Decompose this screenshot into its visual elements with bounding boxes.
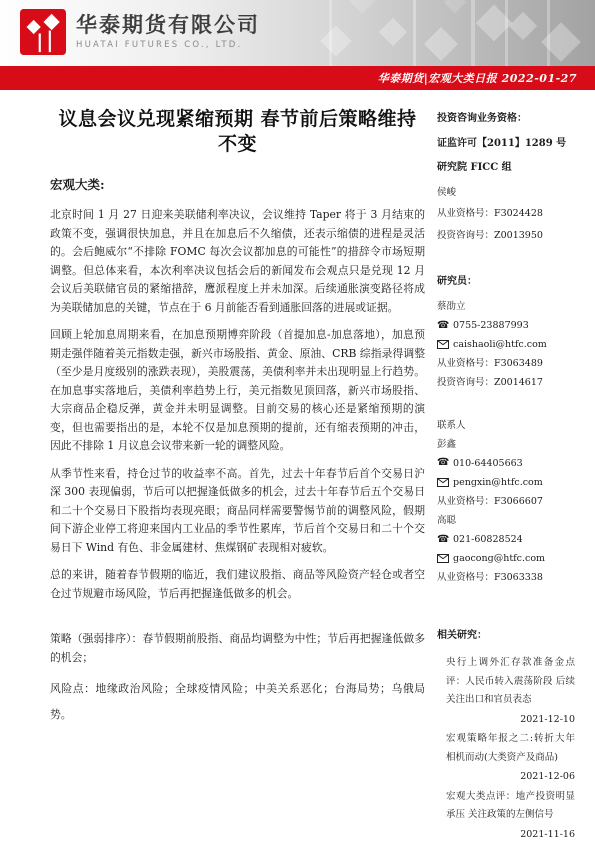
- researcher-name: 蔡劭立: [437, 301, 575, 313]
- body-paragraph-3: 从季节性来看，持仓过节的收益率不高。首先，过去十年春节后首个交易日沪深 300 …: [50, 465, 425, 558]
- contact-phone-row: ☎ 010-64405663: [437, 457, 575, 470]
- report-page: 华泰期货有限公司 HUATAI FUTURES CO., LTD. 华泰期货|宏…: [0, 0, 595, 842]
- researcher-email-row: caishaoli@htfc.com: [437, 339, 575, 351]
- researcher-phone: 0755-23887993: [453, 320, 529, 332]
- researcher-cert: 从业资格号：F3063489: [437, 358, 575, 370]
- section-label: 宏观大类:: [50, 175, 425, 193]
- report-title: 议息会议兑现紧缩预期 春节前后策略维持不变: [50, 107, 425, 156]
- contact-name: 高聪: [437, 515, 575, 527]
- body-paragraph-4: 总的来讲，随着春节假期的临近，我们建议股指、商品等风险资产轻仓或者空仓过节规避市…: [50, 566, 425, 603]
- strategy-line: 策略（强弱排序）：春节假期前股指、商品均调整为中性；节后再把握逢低做多的机会；: [50, 630, 425, 667]
- contact-email-row: pengxin@htfc.com: [437, 477, 575, 489]
- email-icon: [437, 554, 449, 563]
- researcher-label: 研究员：: [437, 276, 575, 289]
- contact-email[interactable]: pengxin@htfc.com: [453, 477, 543, 489]
- phone-icon: ☎: [437, 457, 453, 470]
- researcher-advisory: 投资咨询号：Z0014617: [437, 377, 575, 389]
- contact-name: 彭鑫: [437, 439, 575, 451]
- contact-label: 联系人: [437, 420, 575, 432]
- company-name-en: HUATAI FUTURES CO., LTD.: [76, 40, 260, 50]
- lead-cert: 从业资格号：F3024428: [437, 208, 575, 220]
- sidebar: 投资咨询业务资格： 证监许可【2011】1289 号 研究院 FICC 组 侯峻…: [437, 107, 575, 842]
- license-number: 证监许可【2011】1289 号: [437, 138, 575, 151]
- related-research-title: 宏观策略年报之二:转折大年 相机而动(大类资产及商品): [437, 730, 575, 767]
- diamond-pattern-decoration: [295, 0, 595, 66]
- related-research-date: 2021-11-16: [437, 826, 575, 842]
- contact-phone: 010-64405663: [453, 458, 523, 470]
- research-group: 研究院 FICC 组: [437, 162, 575, 175]
- related-research-date: 2021-12-06: [437, 768, 575, 787]
- company-logo: 华泰期货有限公司 HUATAI FUTURES CO., LTD.: [20, 9, 260, 55]
- contact-email-row: gaocong@htfc.com: [437, 553, 575, 565]
- phone-icon: ☎: [437, 320, 453, 333]
- contact-cert: 从业资格号：F3066607: [437, 496, 575, 508]
- qualification-label: 投资咨询业务资格：: [437, 113, 575, 126]
- company-name-cn: 华泰期货有限公司: [76, 14, 260, 37]
- contact-phone: 021-60828524: [453, 534, 523, 546]
- related-research-label: 相关研究：: [437, 630, 575, 643]
- lead-advisory: 投资咨询号：Z0013950: [437, 230, 575, 242]
- related-research-date: 2021-12-10: [437, 711, 575, 730]
- contact-email[interactable]: gaocong@htfc.com: [453, 553, 545, 565]
- report-banner: 华泰期货|宏观大类日报 2022-01-27: [0, 66, 595, 90]
- researcher-phone-row: ☎ 0755-23887993: [437, 320, 575, 333]
- risk-line: 风险点：地缘政治风险；全球疫情风险；中美关系恶化；台海局势；乌俄局势。: [50, 676, 425, 728]
- phone-icon: ☎: [437, 534, 453, 547]
- related-research-title: 宏观大类点评：地产投资明显承压 关注政策的左侧信号: [437, 788, 575, 825]
- researcher-email[interactable]: caishaoli@htfc.com: [453, 339, 547, 351]
- header: 华泰期货有限公司 HUATAI FUTURES CO., LTD.: [0, 0, 595, 66]
- huatai-logo-icon: [20, 9, 66, 55]
- body-paragraph-1: 北京时间 1 月 27 日迎来美联储利率决议，会议维持 Taper 将于 3 月…: [50, 206, 425, 317]
- banner-title: 华泰期货|宏观大类日报 2022-01-27: [378, 70, 577, 86]
- email-icon: [437, 340, 449, 349]
- lead-name: 侯峻: [437, 187, 575, 199]
- contact-phone-row: ☎ 021-60828524: [437, 534, 575, 547]
- main-column: 议息会议兑现紧缩预期 春节前后策略维持不变 宏观大类: 北京时间 1 月 27 …: [50, 107, 425, 842]
- email-icon: [437, 478, 449, 487]
- body-paragraph-2: 回顾上轮加息周期来看，在加息预期博弈阶段（首提加息-加息落地），加息预期走强伴随…: [50, 326, 425, 456]
- related-research-title: 央行上调外汇存款准备金点评：人民币转入震荡阶段 后续关注出口和官员表态: [437, 654, 575, 710]
- contact-cert: 从业资格号：F3063338: [437, 572, 575, 584]
